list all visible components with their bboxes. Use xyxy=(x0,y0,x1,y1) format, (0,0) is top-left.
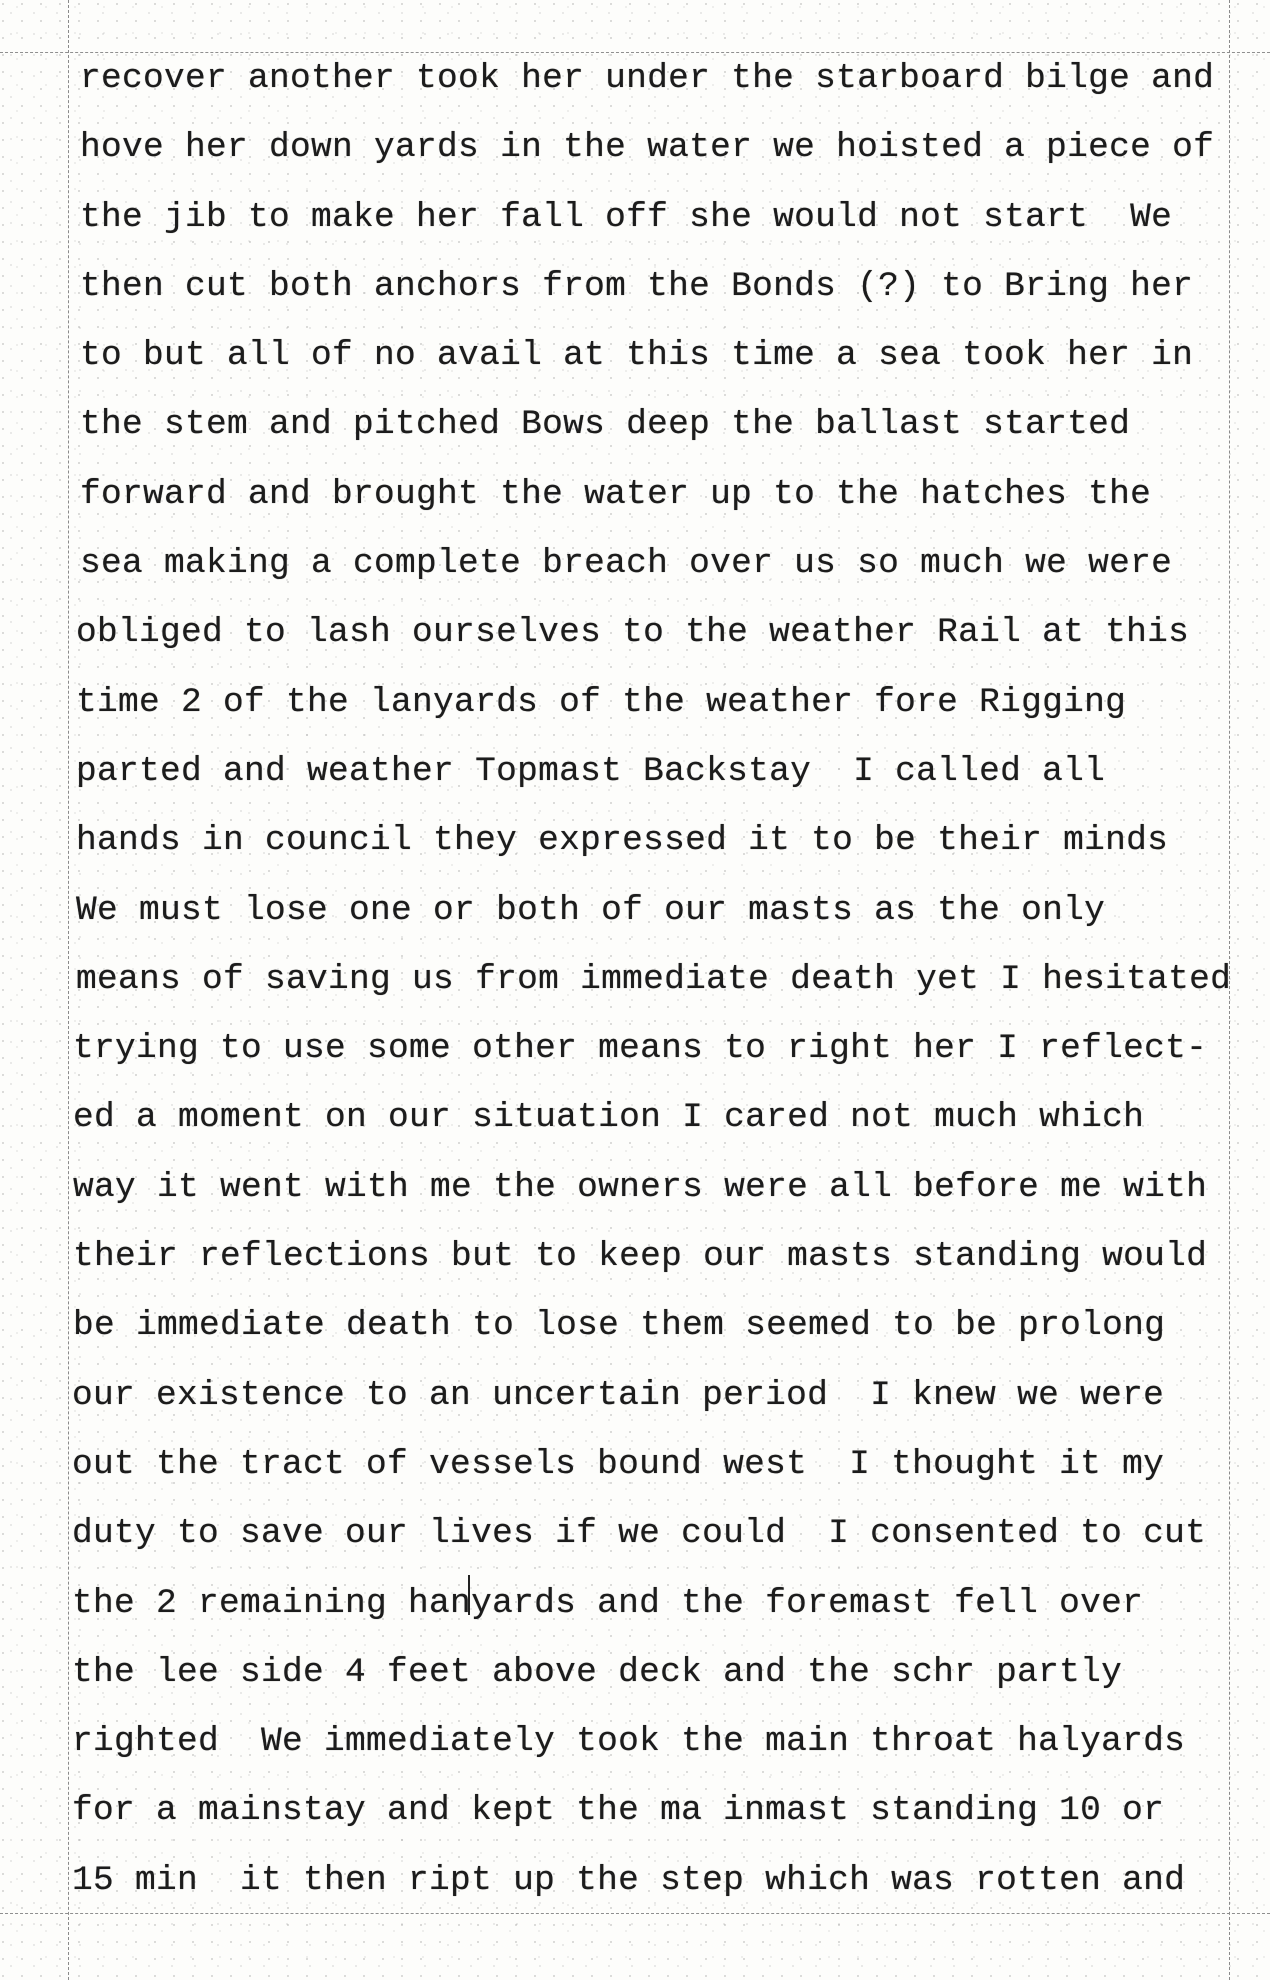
overstrike-mark xyxy=(468,1575,470,1615)
text-line: their reflections but to keep our masts … xyxy=(73,1222,1240,1291)
text-line: means of saving us from immediate death … xyxy=(76,945,1240,1014)
text-line: trying to use some other means to right … xyxy=(73,1014,1240,1083)
text-line: duty to save our lives if we could I con… xyxy=(72,1499,1240,1568)
text-line: for a mainstay and kept the ma inmast st… xyxy=(72,1776,1240,1845)
text-line: We must lose one or both of our masts as… xyxy=(76,876,1240,945)
text-line: ed a moment on our situation I cared not… xyxy=(73,1083,1240,1152)
text-line: to but all of no avail at this time a se… xyxy=(80,321,1240,390)
text-line: forward and brought the water up to the … xyxy=(80,460,1240,529)
text-line: the stem and pitched Bows deep the balla… xyxy=(80,390,1240,459)
text-line: sea making a complete breach over us so … xyxy=(80,529,1240,598)
text-line: the 2 remaining hanyards and the foremas… xyxy=(72,1569,1240,1638)
text-line: then cut both anchors from the Bonds (?)… xyxy=(80,252,1240,321)
text-line: time 2 of the lanyards of the weather fo… xyxy=(76,668,1240,737)
text-line: be immediate death to lose them seemed t… xyxy=(73,1291,1240,1360)
text-line: parted and weather Topmast Backstay I ca… xyxy=(76,737,1240,806)
text-line: the lee side 4 feet above deck and the s… xyxy=(72,1638,1240,1707)
text-line: out the tract of vessels bound west I th… xyxy=(72,1430,1240,1499)
text-line: way it went with me the owners were all … xyxy=(73,1153,1240,1222)
text-line: hands in council they expressed it to be… xyxy=(76,806,1240,875)
text-line: our existence to an uncertain period I k… xyxy=(72,1361,1240,1430)
left-margin-rule xyxy=(68,0,69,1980)
text-line: obliged to lash ourselves to the weather… xyxy=(76,598,1240,667)
text-line: the jib to make her fall off she would n… xyxy=(80,183,1240,252)
text-line: righted We immediately took the main thr… xyxy=(72,1707,1240,1776)
text-line: recover another took her under the starb… xyxy=(80,44,1240,113)
text-line: 15 min it then ript up the step which wa… xyxy=(72,1846,1240,1915)
text-line: hove her down yards in the water we hois… xyxy=(80,113,1240,182)
document-page: recover another took her under the starb… xyxy=(0,0,1270,1980)
typewritten-text: recover another took her under the starb… xyxy=(80,44,1240,1915)
